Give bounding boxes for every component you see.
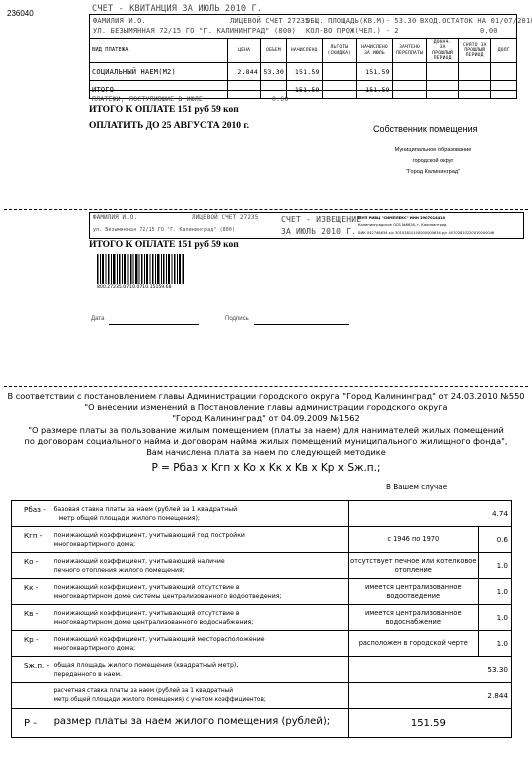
- coef-description: понижающий коэффициент, учитывающий год …: [52, 527, 349, 553]
- col-overpayment: ЗАЧТЕНО ПЕРЕПЛАТЫ: [392, 39, 427, 63]
- cell: [392, 63, 427, 81]
- result-row: P - размер платы за наем жилого помещени…: [12, 709, 512, 738]
- coef-row-pbaz: Pбаз - базовая ставка платы за наем (руб…: [12, 501, 512, 527]
- coef-row-kgp: Кгп - понижающий коэффициент, учитывающи…: [12, 527, 512, 553]
- desc-line: понижающий коэффициент, учитывающий отсу…: [54, 609, 346, 618]
- col-payment-type: ВИД ПЛАТЕЖА: [90, 39, 228, 63]
- desc-line: понижающий коэффициент, учитывающий мест…: [54, 635, 346, 644]
- notice-payer-name: ФАМИЛИЯ И.О.: [93, 215, 137, 221]
- cell: [491, 81, 517, 99]
- date-label: Дата: [91, 316, 104, 322]
- desc-line: переданного в наем.: [54, 670, 346, 679]
- col-price: ЦЕНА: [228, 39, 261, 63]
- notice-box: ФАМИЛИЯ И.О. ул. Безымянная 72/15 ГО "Г.…: [89, 212, 524, 239]
- coef-description: понижающий коэффициент, учитывающий отсу…: [52, 605, 349, 631]
- notice-title: СЧЕТ - ИЗВЕЩЕНИЕ ЗА ИЮЛЬ 2010 Г.: [281, 214, 361, 238]
- coef-symbol: Кгп -: [12, 527, 52, 553]
- account-number: ЛИЦЕВОЙ СЧЕТ 27235: [230, 17, 309, 25]
- payer-name: ФАМИЛИЯ И.О.: [93, 17, 146, 25]
- residents-count: КОЛ-ВО ПРОЖ(ЧЕЛ.) - 2: [306, 27, 399, 35]
- coef-symbol: Sж.п. -: [12, 657, 52, 683]
- coef-row-kr: Кр - понижающий коэффициент, учитывающий…: [12, 631, 512, 657]
- intro-line: по договорам социального найма и договор…: [0, 436, 532, 446]
- cell: 53.30: [260, 63, 286, 81]
- cell: [322, 81, 357, 99]
- cell: 2.844: [228, 63, 261, 81]
- owner-title: Собственник помещения: [373, 124, 478, 134]
- desc-line: расчетная ставка платы за наем (рублей з…: [54, 687, 346, 696]
- coef-symbol: Кк -: [12, 579, 52, 605]
- intro-line: "О размере платы за пользование жилым по…: [0, 425, 532, 435]
- coef-row-area: Sж.п. - общая площадь жилого помещения (…: [12, 657, 512, 683]
- col-surcharge-prev: ДОНАЧ. ЗА ПРОШЛЫЙ ПЕРИОД: [427, 39, 459, 63]
- notice-title-line: ЗА ИЮЛЬ 2010 Г.: [281, 226, 361, 238]
- incoming-balance-value: 0.00: [480, 27, 498, 35]
- desc-line: многоквартирного дома;: [54, 540, 346, 549]
- notice-account: ЛИЦЕВОЙ СЧЕТ 27235: [192, 215, 258, 221]
- coef-value: 53.30: [348, 657, 511, 683]
- notice-title-line: СЧЕТ - ИЗВЕЩЕНИЕ: [281, 214, 361, 226]
- coef-symbol: Pбаз -: [12, 501, 52, 527]
- coef-value: 2.844: [348, 683, 511, 709]
- col-debt: ДОЛГ: [491, 39, 517, 63]
- coef-value: 4.74: [348, 501, 511, 527]
- coef-description: базовая ставка платы за наем (рублей за …: [52, 501, 349, 527]
- cell: 151.59: [286, 81, 322, 99]
- date-field[interactable]: [109, 324, 199, 325]
- total-due: ИТОГО К ОПЛАТЕ 151 руб 59 коп: [89, 105, 239, 115]
- col-benefits: ЛЬГОТЫ (СКИДКА): [322, 39, 357, 63]
- coef-value: 1.0: [478, 631, 511, 657]
- municipal-line: городской округ: [362, 156, 504, 167]
- cut-line: [4, 209, 528, 210]
- cell: [427, 81, 459, 99]
- col-removed-prev: СНЯТО ЗА ПРОШЛЫЙ ПЕРИОД: [458, 39, 491, 63]
- notice-payer-address: ул. Безымянная 72/15 ГО "Г. Калининград"…: [93, 228, 235, 233]
- desc-line: базовая ставка платы за наем (рублей за …: [54, 505, 346, 514]
- payments-received-label: ПЛАТЕЖИ, ПОСТУПИВШИЕ В ИЮЛЕ: [92, 95, 203, 103]
- coef-value: 1.0: [478, 553, 511, 579]
- your-case-label: В Вашем случае: [386, 482, 447, 491]
- notice-org-details: МУП РИВЦ "СИМПЛЕКС" ИНН 3907014410 Калин…: [358, 215, 494, 237]
- coef-row-ko: Ко - понижающий коэффициент, учитывающий…: [12, 553, 512, 579]
- barcode-number: 800.27235.0710.0710.15159.68: [97, 285, 172, 290]
- desc-line: многоквартирном доме централизованного в…: [54, 618, 346, 627]
- cell: СОЦИАЛЬНЫЙ НАЕМ(М2): [90, 63, 228, 81]
- municipal-line: "Город Калининград": [362, 167, 504, 178]
- cut-line: [4, 386, 528, 387]
- intro-line: В соответствии с постановлением главы Ад…: [0, 391, 532, 401]
- coef-case: с 1946 по 1970: [348, 527, 478, 553]
- desc-line: общая площадь жилого помещения (квадратн…: [54, 661, 346, 670]
- cell: 151.59: [357, 63, 393, 81]
- desc-line: метр общей площади жилого помещения) с у…: [54, 696, 346, 705]
- municipal-owner: Муниципальное образование городской окру…: [362, 145, 504, 178]
- coef-description: понижающий коэффициент, учитывающий нали…: [52, 553, 349, 579]
- coef-description: расчетная ставка платы за наем (рублей з…: [52, 683, 349, 709]
- cell: 151.59: [286, 63, 322, 81]
- desc-line: понижающий коэффициент, учитывающий год …: [54, 531, 346, 540]
- intro-line: Вам начислена плата за наем по следующей…: [0, 447, 532, 457]
- cell: [458, 63, 491, 81]
- intro-line: "О внесении изменений в Постановление гл…: [0, 402, 532, 412]
- desc-line: печного отопления жилого помещения;: [54, 566, 346, 575]
- coef-description: понижающий коэффициент, учитывающий отсу…: [52, 579, 349, 605]
- notice-total-due: ИТОГО К ОПЛАТЕ 151 руб 59 коп: [89, 240, 239, 250]
- cell: 151.59: [357, 81, 393, 99]
- result-description: размер платы за наем жилого помещения (р…: [52, 709, 349, 738]
- cell: [228, 81, 261, 99]
- charges-table: ВИД ПЛАТЕЖА ЦЕНА ОБЪЕМ НАЧИСЛЕНО ЛЬГОТЫ …: [89, 38, 517, 99]
- coef-symbol: Ко -: [12, 553, 52, 579]
- cell: [322, 63, 357, 81]
- receipt-title: СЧЕТ - КВИТАНЦИЯ ЗА ИЮЛЬ 2010 Г.: [92, 4, 262, 14]
- coef-row-kk: Кк - понижающий коэффициент, учитывающий…: [12, 579, 512, 605]
- pay-by-date: ОПЛАТИТЬ ДО 25 АВГУСТА 2010 г.: [89, 121, 249, 131]
- incoming-balance-label: ВХОД.ОСТАТОК НА 01/07/2010: [420, 17, 532, 25]
- postal-code: 236040: [7, 9, 34, 18]
- cell: [392, 81, 427, 99]
- desc-line: многоквартирном доме системы централизов…: [54, 592, 346, 601]
- desc-line: понижающий коэффициент, учитывающий отсу…: [54, 583, 346, 592]
- municipal-line: Муниципальное образование: [362, 145, 504, 156]
- signature-field[interactable]: [254, 324, 349, 325]
- payer-address: УЛ. БЕЗЫМЯННАЯ 72/15 ГО "Г. КАЛИНИНГРАД"…: [93, 27, 296, 35]
- coef-symbol: Кр -: [12, 631, 52, 657]
- coef-value: 1.0: [478, 579, 511, 605]
- coef-row-kv: Кв - понижающий коэффициент, учитывающий…: [12, 605, 512, 631]
- coef-row-rate: расчетная ставка платы за наем (рублей з…: [12, 683, 512, 709]
- coef-value: 1.0: [478, 605, 511, 631]
- col-charged: НАЧИСЛЕНО: [286, 39, 322, 63]
- org-bank-details: БИК 042748634 к/с 30101810100000000634 р…: [358, 230, 494, 237]
- cell: [458, 81, 491, 99]
- coef-case: отсутствует печное или котелковое отопле…: [348, 553, 478, 579]
- coef-symbol: [12, 683, 52, 709]
- formula: P = Pбаз x Kгп x Ko x Kк x Kв x Kp x Sж.…: [0, 463, 532, 473]
- coefficients-table: Pбаз - базовая ставка платы за наем (руб…: [11, 500, 512, 738]
- coef-case: имеется централизованное водоснабжение: [348, 605, 478, 631]
- charges-table-header: ВИД ПЛАТЕЖА ЦЕНА ОБЪЕМ НАЧИСЛЕНО ЛЬГОТЫ …: [90, 39, 517, 63]
- coef-case: расположен в городской черте: [348, 631, 478, 657]
- result-symbol: P -: [12, 709, 52, 738]
- barcode-icon: [97, 254, 185, 284]
- coef-case: имеется централизованное водоотведение: [348, 579, 478, 605]
- coef-description: общая площадь жилого помещения (квадратн…: [52, 657, 349, 683]
- coef-description: понижающий коэффициент, учитывающий мест…: [52, 631, 349, 657]
- org-name: МУП РИВЦ "СИМПЛЕКС" ИНН 3907014410: [358, 215, 494, 222]
- table-row: СОЦИАЛЬНЫЙ НАЕМ(М2) 2.844 53.30 151.59 1…: [90, 63, 517, 81]
- desc-line: понижающий коэффициент, учитывающий нали…: [54, 557, 346, 566]
- result-value: 151.59: [348, 709, 511, 738]
- signature-label: Подпись: [225, 316, 249, 322]
- coef-value: 0.6: [478, 527, 511, 553]
- payments-received-value: 0.00: [272, 95, 288, 103]
- col-charged-july: НАЧИСЛЕНО ЗА ИЮЛЬ: [357, 39, 393, 63]
- desc-line: метр общей площади жилого помещения);: [54, 514, 346, 523]
- cell: [491, 63, 517, 81]
- org-bank: Калининградское ОСБ №8626, г. Калинингра…: [358, 222, 494, 229]
- desc-line: многоквартирного дома;: [54, 644, 346, 653]
- coef-symbol: Кв -: [12, 605, 52, 631]
- intro-line: "Город Калининград" от 04.09.2009 №1562: [0, 413, 532, 423]
- col-volume: ОБЪЕМ: [260, 39, 286, 63]
- total-area: ОБЩ. ПЛОЩАДЬ(КВ.М)- 53.30: [306, 17, 416, 25]
- cell: [427, 63, 459, 81]
